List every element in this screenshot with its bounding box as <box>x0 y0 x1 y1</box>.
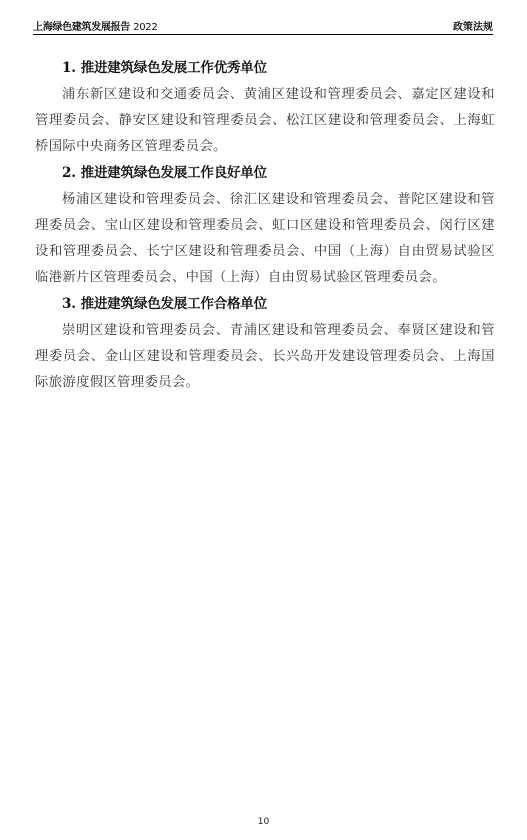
page-number: 10 <box>0 817 527 827</box>
page-header: 上海绿色建筑发展报告 2022 政策法规 <box>33 18 493 35</box>
section-heading: 3.推进建筑绿色发展工作合格单位 <box>62 291 495 318</box>
section-number: 3. <box>62 296 76 312</box>
section-heading: 2.推进建筑绿色发展工作良好单位 <box>62 160 495 187</box>
section-title: 推进建筑绿色发展工作优秀单位 <box>81 60 267 76</box>
section-paragraph: 崇明区建设和管理委员会、青浦区建设和管理委员会、奉贤区建设和管理委员会、金山区建… <box>35 318 495 396</box>
section-paragraph: 杨浦区建设和管理委员会、徐汇区建设和管理委员会、普陀区建设和管理委员会、宝山区建… <box>35 187 495 291</box>
document-body: 1.推进建筑绿色发展工作优秀单位 浦东新区建设和交通委员会、黄浦区建设和管理委员… <box>35 55 495 396</box>
section-number: 1. <box>62 60 76 76</box>
report-title-text: 上海绿色建筑发展报告 <box>33 22 130 33</box>
chapter-title: 政策法规 <box>453 18 493 33</box>
section-heading: 1.推进建筑绿色发展工作优秀单位 <box>62 55 495 82</box>
section-title: 推进建筑绿色发展工作合格单位 <box>81 296 267 312</box>
section-qualified: 3.推进建筑绿色发展工作合格单位 崇明区建设和管理委员会、青浦区建设和管理委员会… <box>35 291 495 396</box>
section-excellent: 1.推进建筑绿色发展工作优秀单位 浦东新区建设和交通委员会、黄浦区建设和管理委员… <box>35 55 495 160</box>
section-title: 推进建筑绿色发展工作良好单位 <box>81 165 267 181</box>
section-paragraph: 浦东新区建设和交通委员会、黄浦区建设和管理委员会、嘉定区建设和管理委员会、静安区… <box>35 82 495 160</box>
report-year: 2022 <box>133 22 157 33</box>
section-number: 2. <box>62 165 76 181</box>
section-good: 2.推进建筑绿色发展工作良好单位 杨浦区建设和管理委员会、徐汇区建设和管理委员会… <box>35 160 495 291</box>
report-title: 上海绿色建筑发展报告 2022 <box>33 18 157 33</box>
